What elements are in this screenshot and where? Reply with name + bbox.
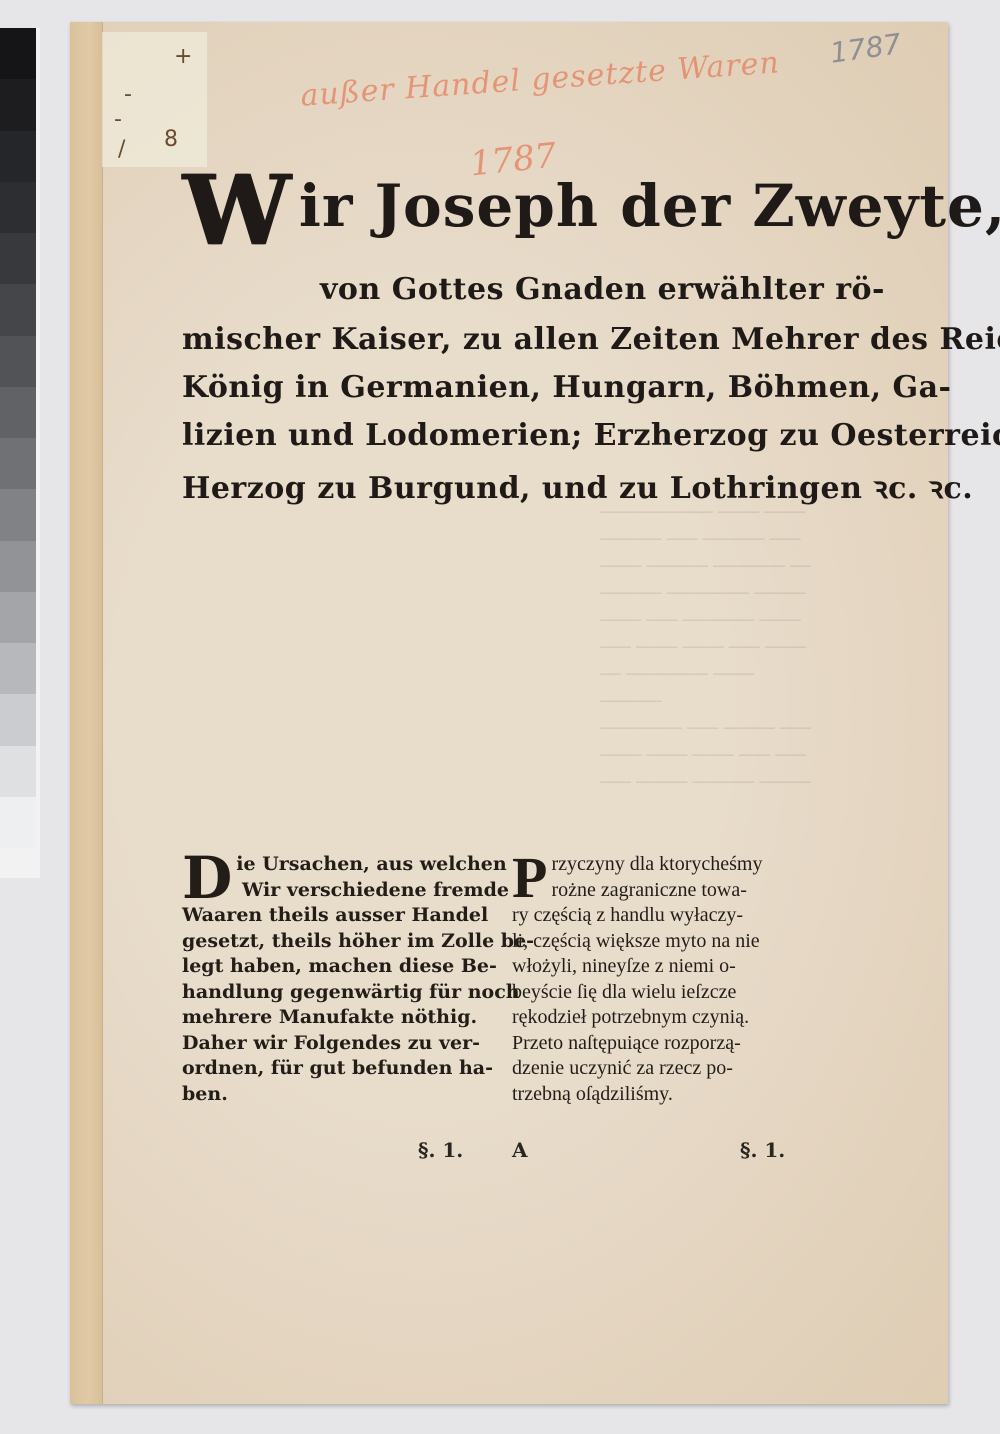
grayscale-step [0, 489, 36, 540]
grayscale-step [0, 592, 36, 643]
polish-line: beyście ſię dla wielu ieſzcze [512, 980, 830, 1006]
grayscale-step [0, 284, 36, 335]
grayscale-step [0, 797, 36, 848]
polish-line: trzebną oſądziliśmy. [512, 1082, 830, 1108]
tape-mark: 8 [164, 127, 178, 152]
grayscale-step [0, 387, 36, 438]
grayscale-steps [0, 28, 36, 848]
polish-line: rękodzieł potrzebnym czynią. [512, 1005, 830, 1031]
header-line: lizien und Lodomerien; Erzherzog zu Oest… [182, 418, 1000, 453]
paper-tape-patch: + - - 8 / [102, 32, 207, 167]
grayscale-step [0, 438, 36, 489]
grayscale-step [0, 643, 36, 694]
show-through-text: ─────────── ──── ────────── ─── ────── ─… [600, 500, 820, 800]
polish-line: dzenie uczynić za rzecz po- [512, 1056, 830, 1082]
german-line: ordnen, für gut befunden ha- [182, 1056, 500, 1082]
tape-mark: / [118, 137, 125, 162]
header-line: von Gottes Gnaden erwählter rö- [320, 272, 885, 307]
german-line: gesetzt, theils höher im Zolle be- [182, 929, 500, 955]
german-text-column: D ie Ursachen, aus welchen Wir verschied… [182, 852, 500, 1107]
decorated-initial-w: W [182, 168, 291, 254]
grayscale-step [0, 182, 36, 233]
grayscale-step [0, 746, 36, 797]
german-line: legt haben, machen diese Be- [182, 954, 500, 980]
header-line: Herzog zu Burgund, und zu Lothringen ꝛc.… [182, 466, 973, 507]
grayscale-step [0, 28, 36, 79]
polish-line: rożne zagraniczne towa- [512, 878, 830, 904]
tape-mark: - [124, 82, 132, 107]
polish-line: li, częścią większe myto na nie [512, 929, 830, 955]
polish-text-column: P rzyczyny dla ktorycheśmy rożne zagrani… [512, 852, 830, 1107]
german-line: Daher wir Folgendes zu ver- [182, 1031, 500, 1057]
header-line: König in Germanien, Hungarn, Böhmen, Ga- [182, 370, 952, 405]
polish-line: Przeto naſtępuiące rozporzą- [512, 1031, 830, 1057]
polish-line: ry częścią z handlu wyłaczy- [512, 903, 830, 929]
drop-cap-p: P [512, 854, 547, 902]
header-line: mischer Kaiser, zu allen Zeiten Mehrer d… [182, 322, 1000, 357]
tape-mark: + [174, 44, 192, 69]
grayscale-step [0, 233, 36, 284]
german-line: ben. [182, 1082, 500, 1108]
title-text: ir Joseph der Zweyte, [299, 172, 1000, 240]
grayscale-step [0, 336, 36, 387]
section-marker-polish: §. 1. [740, 1138, 785, 1162]
polish-line: rzyczyny dla ktorycheśmy [512, 852, 830, 878]
document-title: Wir Joseph der Zweyte, [182, 168, 812, 254]
polish-line: włożyli, nineyſze z niemi o- [512, 954, 830, 980]
grayscale-calibration-strip [0, 28, 40, 878]
drop-cap-d: D [182, 854, 232, 902]
german-line: mehrere Manufakte nöthig. [182, 1005, 500, 1031]
grayscale-step [0, 694, 36, 745]
section-marker-german: §. 1. [418, 1138, 463, 1162]
binding-strip [70, 22, 103, 1404]
grayscale-step [0, 131, 36, 182]
grayscale-step [0, 541, 36, 592]
german-line: handlung gegenwärtig für noch [182, 980, 500, 1006]
german-line: Waaren theils ausser Handel [182, 903, 500, 929]
grayscale-step [0, 79, 36, 130]
catchword: A [512, 1138, 528, 1162]
tape-mark: - [114, 107, 122, 132]
